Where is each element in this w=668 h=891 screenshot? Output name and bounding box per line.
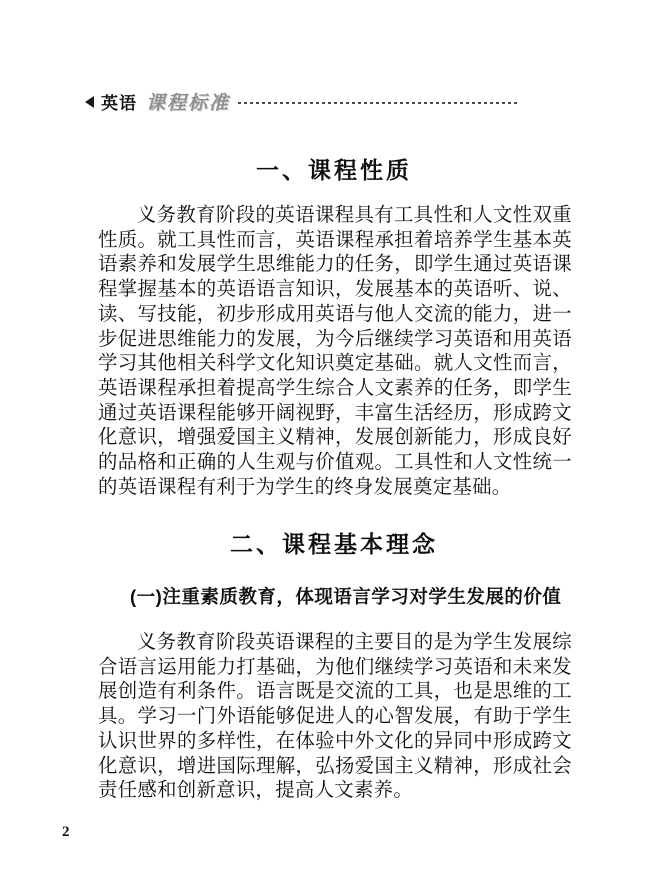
page-header: 英语 课程标准: [85, 88, 520, 115]
section-2-paragraph: 义务教育阶段英语课程的主要目的是为学生发展综合语言运用能力打基础，为他们继续学习…: [98, 631, 572, 804]
dotted-leader: [238, 101, 520, 104]
section-1-paragraph: 义务教育阶段的英语课程具有工具性和人文性双重性质。就工具性而言，英语课程承担着培…: [98, 204, 572, 500]
header-subject-label: 英语: [101, 89, 137, 114]
left-triangle-icon: [85, 96, 94, 108]
section-1-title: 一、课程性质: [0, 152, 668, 185]
section-2-title: 二、课程基本理念: [0, 526, 668, 559]
page-number: 2: [62, 824, 70, 841]
header-standard-label: 课程标准: [146, 88, 230, 115]
document-page: 英语 课程标准 一、课程性质 义务教育阶段的英语课程具有工具性和人文性双重性质。…: [0, 0, 668, 891]
section-2-subsection-title: (一)注重素质教育，体现语言学习对学生发展的价值: [130, 583, 590, 609]
